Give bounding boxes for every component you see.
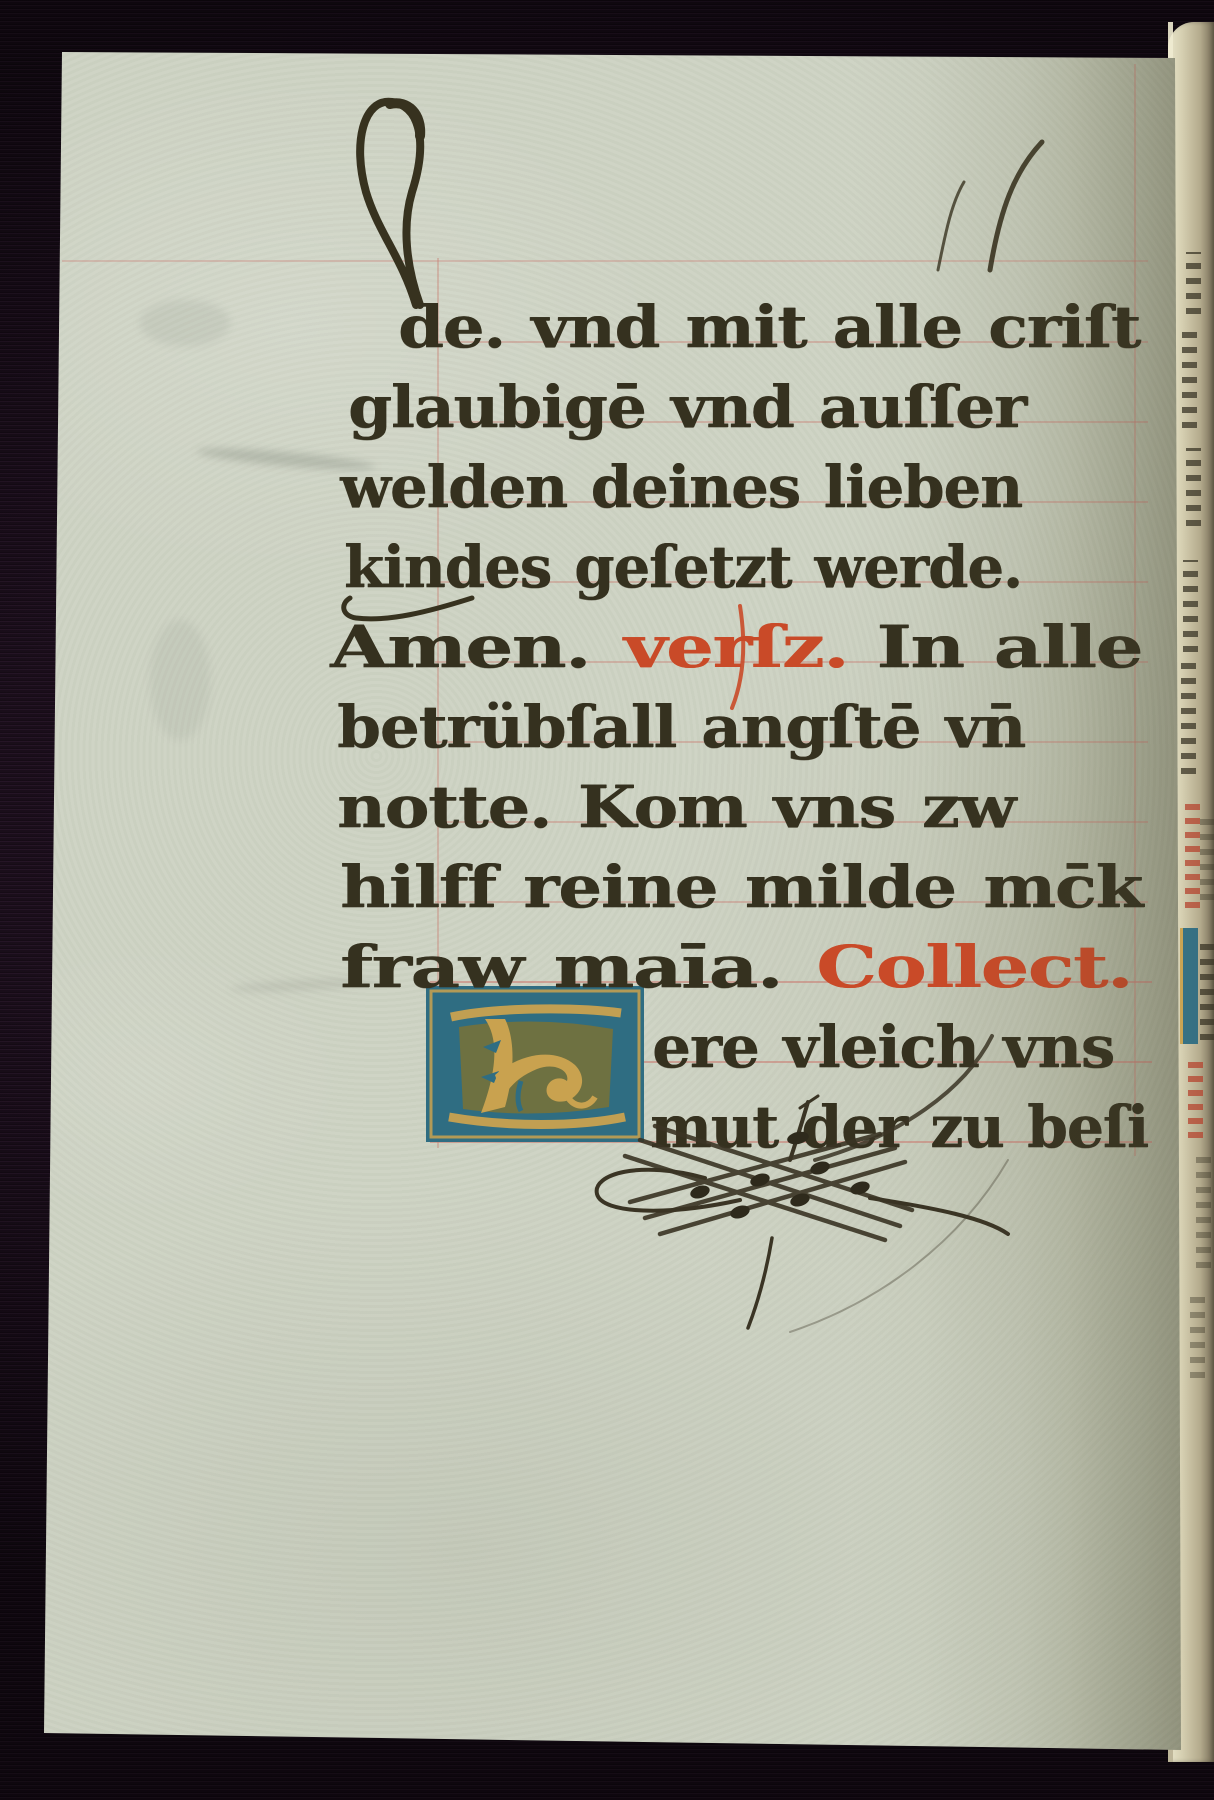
fore-edge-text-fragment (1200, 942, 1214, 1040)
page-edge-shadow (0, 0, 1214, 1800)
fore-edge-rubric-fragment (1188, 1058, 1203, 1138)
fore-edge-rubric-fragment (1185, 796, 1200, 908)
manuscript-photo: { "manuscript": { "description": "Illumi… (0, 0, 1214, 1800)
fore-edge-text-fragment (1186, 448, 1201, 526)
fore-edge-text-fragment (1186, 252, 1201, 314)
fore-edge-text-fragment (1182, 332, 1197, 428)
fore-edge-text-fragment (1181, 662, 1196, 774)
fore-edge-text-fragment (1196, 1150, 1211, 1268)
fore-edge-text-fragment (1190, 1290, 1205, 1378)
fore-edge-initial-fragment (1180, 928, 1198, 1044)
fore-edge-text-fragment (1200, 812, 1214, 900)
manuscript-page: de. vnd mit alle criſt glaubigē vnd auſſ… (0, 0, 1214, 1800)
fore-edge-text-fragment (1183, 560, 1198, 652)
